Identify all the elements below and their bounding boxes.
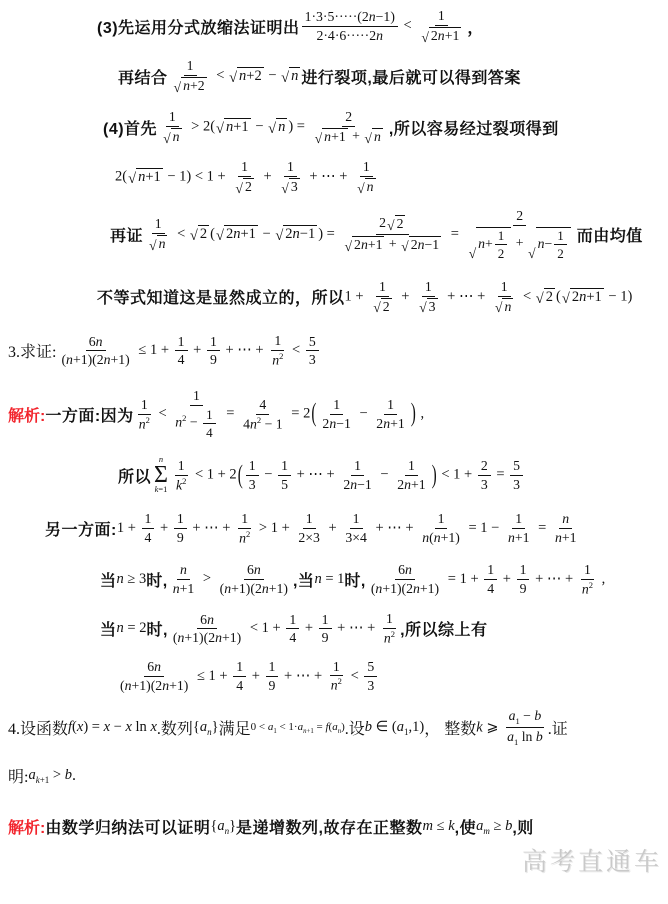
- radical: √2n+1: [562, 288, 604, 306]
- math-expression: ak+1 > b: [28, 767, 72, 785]
- cjk-text: ,使: [455, 815, 476, 838]
- math-expression: m ≤ k: [423, 818, 455, 835]
- radical: √n+2: [174, 77, 207, 95]
- math-expression: 6n(n+1)(2n+1) = 1 + 14 + 19 + ⋯ + 1n2 ,: [366, 562, 605, 597]
- math-expression: n ≥ 3: [117, 571, 147, 588]
- formula-line: 4.设函数f(x) = x − x ln x.数列{an}满足0 < a1 < …: [0, 708, 668, 748]
- formula-line: 不等式知道这是显然成立的，所以1 + 1√2 + 1√3 + ⋯ + 1√n <…: [0, 279, 668, 315]
- cjk-text: 时,: [146, 568, 167, 591]
- formula-line: 2(√n+1 − 1) < 1 + 1√2 + 1√3 + ⋯ + 1√n: [0, 159, 668, 195]
- radical: √n: [495, 298, 513, 316]
- radical: √n+1: [315, 128, 348, 146]
- math-expression: 1n2 < 1n2 − 14 = 44n2 − 1 = 2(12n−1 − 12…: [134, 388, 424, 440]
- radical: √n: [357, 178, 375, 196]
- big-paren: ): [432, 460, 437, 492]
- cjk-text: 时,: [344, 568, 365, 591]
- cjk-text: ，: [467, 15, 484, 38]
- analysis-label: 解析:: [8, 815, 45, 838]
- math-expression: 6n(n+1)(2n+1) < 1 + 14 + 19 + ⋯ + 1n2: [168, 611, 400, 646]
- math-expression: 1√n+2 < √n+2 − √n: [168, 58, 302, 94]
- cjk-text: 再结合: [118, 65, 168, 88]
- radical: √n: [281, 67, 300, 85]
- radical: √n+12: [469, 227, 512, 261]
- formula-line: 所以nΣk=11k2 < 1 + 2(13 − 15 + ⋯ + 12n−1 −…: [0, 456, 668, 494]
- cjk-text: 不等式知道这是显然成立的，所以: [97, 285, 345, 308]
- radical: √2n−1: [275, 225, 317, 243]
- radical: √2: [373, 298, 391, 316]
- radical: √n+1: [216, 118, 251, 136]
- radical: √n: [163, 128, 181, 146]
- cjk-text: ,当: [293, 568, 314, 591]
- formula-line: 再证 1√n < √2(√2n+1 − √2n−1) = 2√2√2n+1 + …: [0, 208, 668, 261]
- big-paren: (: [238, 460, 243, 492]
- cjk-text: 由数学归纳法可以证明: [45, 815, 210, 838]
- radical: √2n−1: [401, 236, 441, 254]
- math-expression: 1·3·5·····(2n−1)2·4·6·····2n < 1√2n+1: [300, 8, 468, 44]
- cjk-text: 再证: [110, 223, 143, 246]
- cjk-text: ， 整数: [424, 716, 476, 739]
- formula-line: 当n = 2时,6n(n+1)(2n+1) < 1 + 14 + 19 + ⋯ …: [0, 611, 668, 646]
- radical: √2: [536, 288, 555, 306]
- math-expression: 1√n < √2(√2n+1 − √2n−1) = 2√2√2n+1 + √2n…: [143, 208, 577, 261]
- radical: √n−12: [528, 227, 571, 261]
- cjk-text: 当: [100, 617, 117, 640]
- radical: √n: [268, 118, 287, 136]
- radical: √n+2: [229, 67, 264, 85]
- math-expression: k ⩾ a1 − ba1 ln b: [476, 708, 548, 748]
- formula-line: 再结合 1√n+2 < √n+2 − √n 进行裂项,最后就可以得到答案: [0, 58, 668, 94]
- math-expression: nΣk=11k2 < 1 + 2(13 − 15 + ⋯ + 12n−1 − 1…: [151, 456, 525, 494]
- math-expression: nn+1 > 6n(n+1)(2n+1): [168, 562, 293, 597]
- formula-line: 另一方面:1 + 14 + 19 + ⋯ + 1n2 > 1 + 12×3 + …: [0, 511, 668, 546]
- radical: √n: [149, 235, 167, 253]
- math-expression: 1 + 1√2 + 1√3 + ⋯ + 1√n < √2(√2n+1 − 1): [345, 279, 633, 315]
- math-expression: 0 < a1 < 1·an+1 = f(an): [251, 721, 345, 735]
- big-paren: ): [411, 399, 416, 431]
- math-expression: 1√n > 2(√n+1 − √n) = 2√n+1 + √n: [157, 109, 389, 145]
- cjk-text: 进行裂项,最后就可以得到答案: [301, 65, 520, 88]
- math-expression: f(x) = x − x ln x: [68, 719, 157, 736]
- radical: √n+1: [128, 168, 163, 186]
- cjk-text: .: [72, 767, 76, 785]
- cjk-text: 明:: [8, 764, 28, 787]
- cjk-text: 当: [100, 568, 117, 591]
- math-expression: 6n(n+1)(2n+1) ≤ 1 + 14 + 19 + ⋯ + 1n2 < …: [115, 659, 379, 694]
- math-expression: 1 + 14 + 19 + ⋯ + 1n2 > 1 + 12×3 + 13×4 …: [117, 511, 582, 546]
- cjk-text: 是递增数列,故存在正整数: [236, 815, 422, 838]
- radical: √n: [364, 128, 382, 146]
- radical: √2: [190, 225, 209, 243]
- cjk-text: 满足: [219, 716, 251, 739]
- radical: √2n+1: [344, 236, 384, 254]
- formula-line: 明:ak+1 > b.: [0, 764, 668, 787]
- cjk-text: .设: [345, 716, 365, 739]
- math-expression: 2(√n+1 − 1) < 1 + 1√2 + 1√3 + ⋯ + 1√n: [115, 159, 382, 195]
- cjk-text: (3)先运用分式放缩法证明出: [97, 15, 300, 38]
- formula-line: (3)先运用分式放缩法证明出1·3·5·····(2n−1)2·4·6·····…: [0, 8, 668, 44]
- cjk-text: 所以: [118, 464, 151, 487]
- formula-line: (4)首先1√n > 2(√n+1 − √n) = 2√n+1 + √n,所以容…: [0, 109, 668, 145]
- cjk-text: (4)首先: [103, 116, 157, 139]
- watermark: 高考直通车: [522, 842, 662, 878]
- radical: √3: [281, 178, 299, 196]
- math-expression: n = 2: [117, 620, 147, 637]
- radical: √2: [387, 215, 405, 233]
- radical: √2n+1: [421, 27, 461, 45]
- big-paren: (: [311, 399, 316, 431]
- formula-line: 当n ≥ 3时,nn+1 > 6n(n+1)(2n+1),当n = 1时,6n(…: [0, 562, 668, 597]
- math-expression: b ∈ (a1,1): [365, 719, 424, 737]
- cjk-text: 时,: [146, 617, 167, 640]
- cjk-text: .证: [548, 716, 568, 739]
- document-body: (3)先运用分式放缩法证明出1·3·5·····(2n−1)2·4·6·····…: [0, 8, 668, 838]
- math-expression: {an}: [193, 719, 219, 737]
- cjk-text: .数列: [157, 716, 193, 739]
- math-expression: n = 1: [314, 571, 344, 588]
- formula-line: 6n(n+1)(2n+1) ≤ 1 + 14 + 19 + ⋯ + 1n2 < …: [0, 659, 668, 694]
- math-expression: {an}: [210, 818, 236, 836]
- radical: √3: [419, 298, 437, 316]
- cjk-text: 一方面:因为: [45, 403, 133, 426]
- analysis-label: 解析:: [8, 403, 45, 426]
- math-expression: 6n(n+1)(2n+1) ≤ 1 + 14 + 19 + ⋯ + 1n2 < …: [56, 333, 320, 368]
- cjk-text: ,所以容易经过裂项得到: [389, 116, 559, 139]
- sigma-sum: nΣk=1: [154, 456, 168, 494]
- cjk-text: 而由均值: [577, 223, 643, 246]
- formula-line: 解析:由数学归纳法可以证明{an}是递增数列,故存在正整数m ≤ k,使am ≥…: [0, 815, 668, 838]
- cjk-text: 另一方面:: [45, 517, 117, 540]
- radical: √2: [235, 178, 253, 196]
- formula-line: 解析:一方面:因为1n2 < 1n2 − 14 = 44n2 − 1 = 2(1…: [0, 388, 668, 440]
- cjk-text: ,则: [512, 815, 533, 838]
- cjk-text: 4.设函数: [8, 716, 68, 739]
- radical: √2n+1: [216, 225, 258, 243]
- cjk-text: 3.求证:: [8, 339, 56, 362]
- math-expression: am ≥ b: [476, 818, 512, 836]
- formula-line: 3.求证:6n(n+1)(2n+1) ≤ 1 + 14 + 19 + ⋯ + 1…: [0, 333, 668, 368]
- cjk-text: ,所以综上有: [400, 617, 487, 640]
